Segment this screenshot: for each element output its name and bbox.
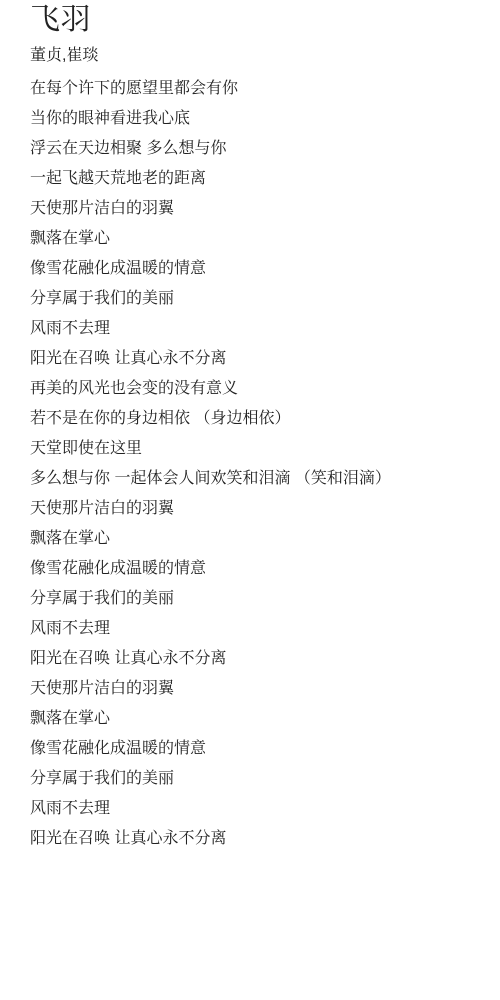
lyrics-page: 飞羽 董贞,崔琰 在每个许下的愿望里都会有你当你的眼神看进我心底浮云在天边相聚 … [0,0,500,854]
lyric-line: 阳光在召唤 让真心永不分离 [30,824,490,854]
lyric-line: 分享属于我们的美丽 [30,584,490,614]
lyric-line: 天使那片洁白的羽翼 [30,194,490,224]
song-title: 飞羽 [30,2,490,38]
lyric-line: 若不是在你的身边相依 （身边相依） [30,404,490,434]
lyric-line: 风雨不去理 [30,614,490,644]
lyric-line: 像雪花融化成温暖的情意 [30,254,490,284]
lyric-line: 天堂即使在这里 [30,434,490,464]
lyric-line: 再美的风光也会变的没有意义 [30,374,490,404]
lyric-line: 多么想与你 一起体会人间欢笑和泪滴 （笑和泪滴） [30,464,490,494]
lyric-line: 阳光在召唤 让真心永不分离 [30,344,490,374]
lyric-line: 阳光在召唤 让真心永不分离 [30,644,490,674]
lyric-line: 天使那片洁白的羽翼 [30,494,490,524]
lyric-line: 分享属于我们的美丽 [30,764,490,794]
lyric-line: 风雨不去理 [30,794,490,824]
lyric-line: 像雪花融化成温暖的情意 [30,554,490,584]
lyric-line: 浮云在天边相聚 多么想与你 [30,134,490,164]
lyric-line: 飘落在掌心 [30,524,490,554]
lyric-line: 像雪花融化成温暖的情意 [30,734,490,764]
lyrics: 在每个许下的愿望里都会有你当你的眼神看进我心底浮云在天边相聚 多么想与你一起飞越… [30,74,490,854]
lyric-line: 飘落在掌心 [30,704,490,734]
lyric-line: 一起飞越天荒地老的距离 [30,164,490,194]
lyric-line: 当你的眼神看进我心底 [30,104,490,134]
artist-names: 董贞,崔琰 [30,44,490,68]
lyric-line: 分享属于我们的美丽 [30,284,490,314]
lyric-line: 在每个许下的愿望里都会有你 [30,74,490,104]
lyric-line: 风雨不去理 [30,314,490,344]
lyric-line: 天使那片洁白的羽翼 [30,674,490,704]
lyric-line: 飘落在掌心 [30,224,490,254]
